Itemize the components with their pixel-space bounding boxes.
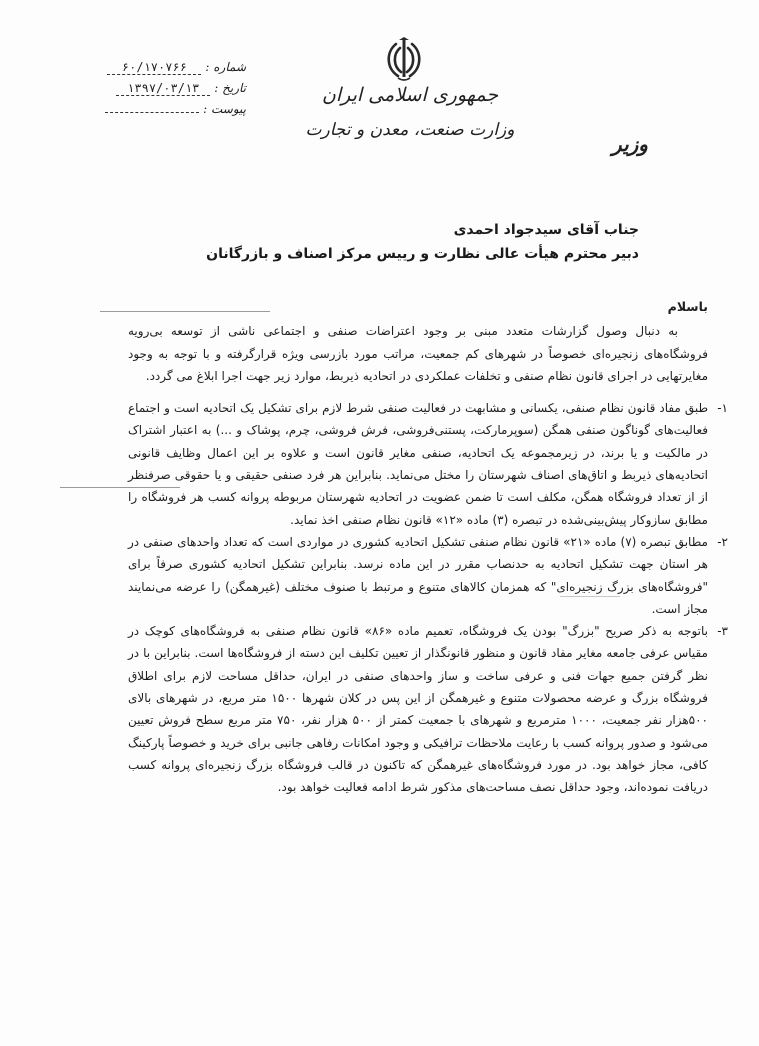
iran-emblem-icon [382,36,426,82]
letterhead-ministry: وزارت صنعت، معدن و تجارت [280,120,540,140]
item-number: ۲- [708,531,738,620]
letter-body: باسلام به دنبال وصول گزارشات متعدد مبنی … [128,296,738,799]
item-text: طبق مفاد قانون نظام صنفی، یکسانی و مشابه… [128,397,708,531]
addressee-title: دبیر محترم هیأت عالی نظارت و رییس مرکز ا… [179,242,639,266]
item-text: مطابق تبصره (۷) ماده «۲۱» قانون نظام صنف… [128,531,708,620]
letterhead-republic: جمهوری اسلامی ایران [300,84,520,106]
list-item: ۱- طبق مفاد قانون نظام صنفی، یکسانی و مش… [128,397,738,531]
intro-paragraph: به دنبال وصول گزارشات متعدد مبنی بر وجود… [128,320,708,387]
item-text: باتوجه به ذکر صریح "بزرگ" بودن یک فروشگا… [128,620,708,798]
letterhead-office: وزیر [600,132,660,156]
addressee-block: جناب آقای سیدجواد احمدی دبیر محترم هیأت … [179,218,639,266]
number-label: شماره : [205,60,246,74]
reference-date-row: تاریخ : ۱۳۹۷/۰۳/۱۳ [96,81,246,102]
date-label: تاریخ : [214,81,246,95]
addressee-name: جناب آقای سیدجواد احمدی [179,218,639,242]
list-item: ۳- باتوجه به ذکر صریح "بزرگ" بودن یک فرو… [128,620,738,798]
reference-attachment-row: پیوست : [96,102,246,123]
number-value: ۶۰/۱۷۰۷۶۶ [107,60,201,75]
reference-number-row: شماره : ۶۰/۱۷۰۷۶۶ [96,60,246,81]
greeting: باسلام [128,296,738,318]
reference-block: شماره : ۶۰/۱۷۰۷۶۶ تاریخ : ۱۳۹۷/۰۳/۱۳ پیو… [96,60,246,123]
list-item: ۲- مطابق تبصره (۷) ماده «۲۱» قانون نظام … [128,531,738,620]
attachment-value [105,112,199,113]
scanned-letter-page: جمهوری اسلامی ایران وزارت صنعت، معدن و ت… [0,0,759,1046]
item-number: ۱- [708,397,738,531]
attachment-label: پیوست : [203,102,246,116]
item-number: ۳- [708,620,738,798]
date-value: ۱۳۹۷/۰۳/۱۳ [116,81,210,96]
